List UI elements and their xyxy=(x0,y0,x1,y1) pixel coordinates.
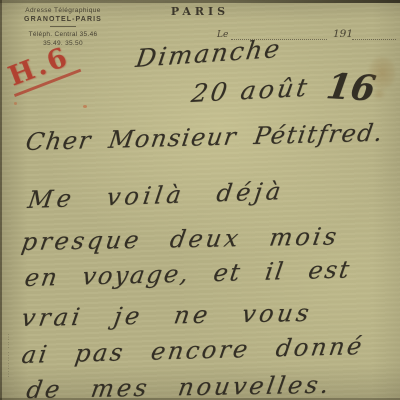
ink-speck xyxy=(83,105,87,108)
handwritten-line: Cher Monsieur Pétitfred. xyxy=(24,119,386,156)
handwritten-line: de mes nouvelles. xyxy=(25,371,334,400)
paper-edge-top xyxy=(0,0,400,3)
handwritten-day: Dimanche xyxy=(134,34,284,73)
handwritten-line: presque deux mois xyxy=(20,222,342,256)
ink-speck xyxy=(14,102,17,105)
handwritten-date: 20 août xyxy=(189,73,312,108)
year-prefix-label: 191 xyxy=(333,28,353,40)
paper-edge-left xyxy=(0,0,2,400)
letterhead-divider xyxy=(50,26,76,27)
red-crayon-mark: H.6 xyxy=(2,39,81,97)
letterhead-city: PARIS xyxy=(0,5,400,18)
handwritten-year: 16 xyxy=(324,66,379,109)
handwritten-line: vrai je ne vous xyxy=(20,299,315,332)
handwritten-line: ai pas encore donné xyxy=(20,332,366,369)
handwritten-line: en voyage, et il est xyxy=(23,256,353,292)
letter-photo: Adresse Télégraphique GRANOTEL-PARIS Tél… xyxy=(0,0,400,400)
telephone-line-1: Téléph. Central 35.46 xyxy=(10,31,116,38)
year-dotted-line xyxy=(352,39,396,40)
printer-imprint: ·········· ······ xyxy=(6,320,12,390)
handwritten-line: Me voilà déjà xyxy=(26,177,286,214)
